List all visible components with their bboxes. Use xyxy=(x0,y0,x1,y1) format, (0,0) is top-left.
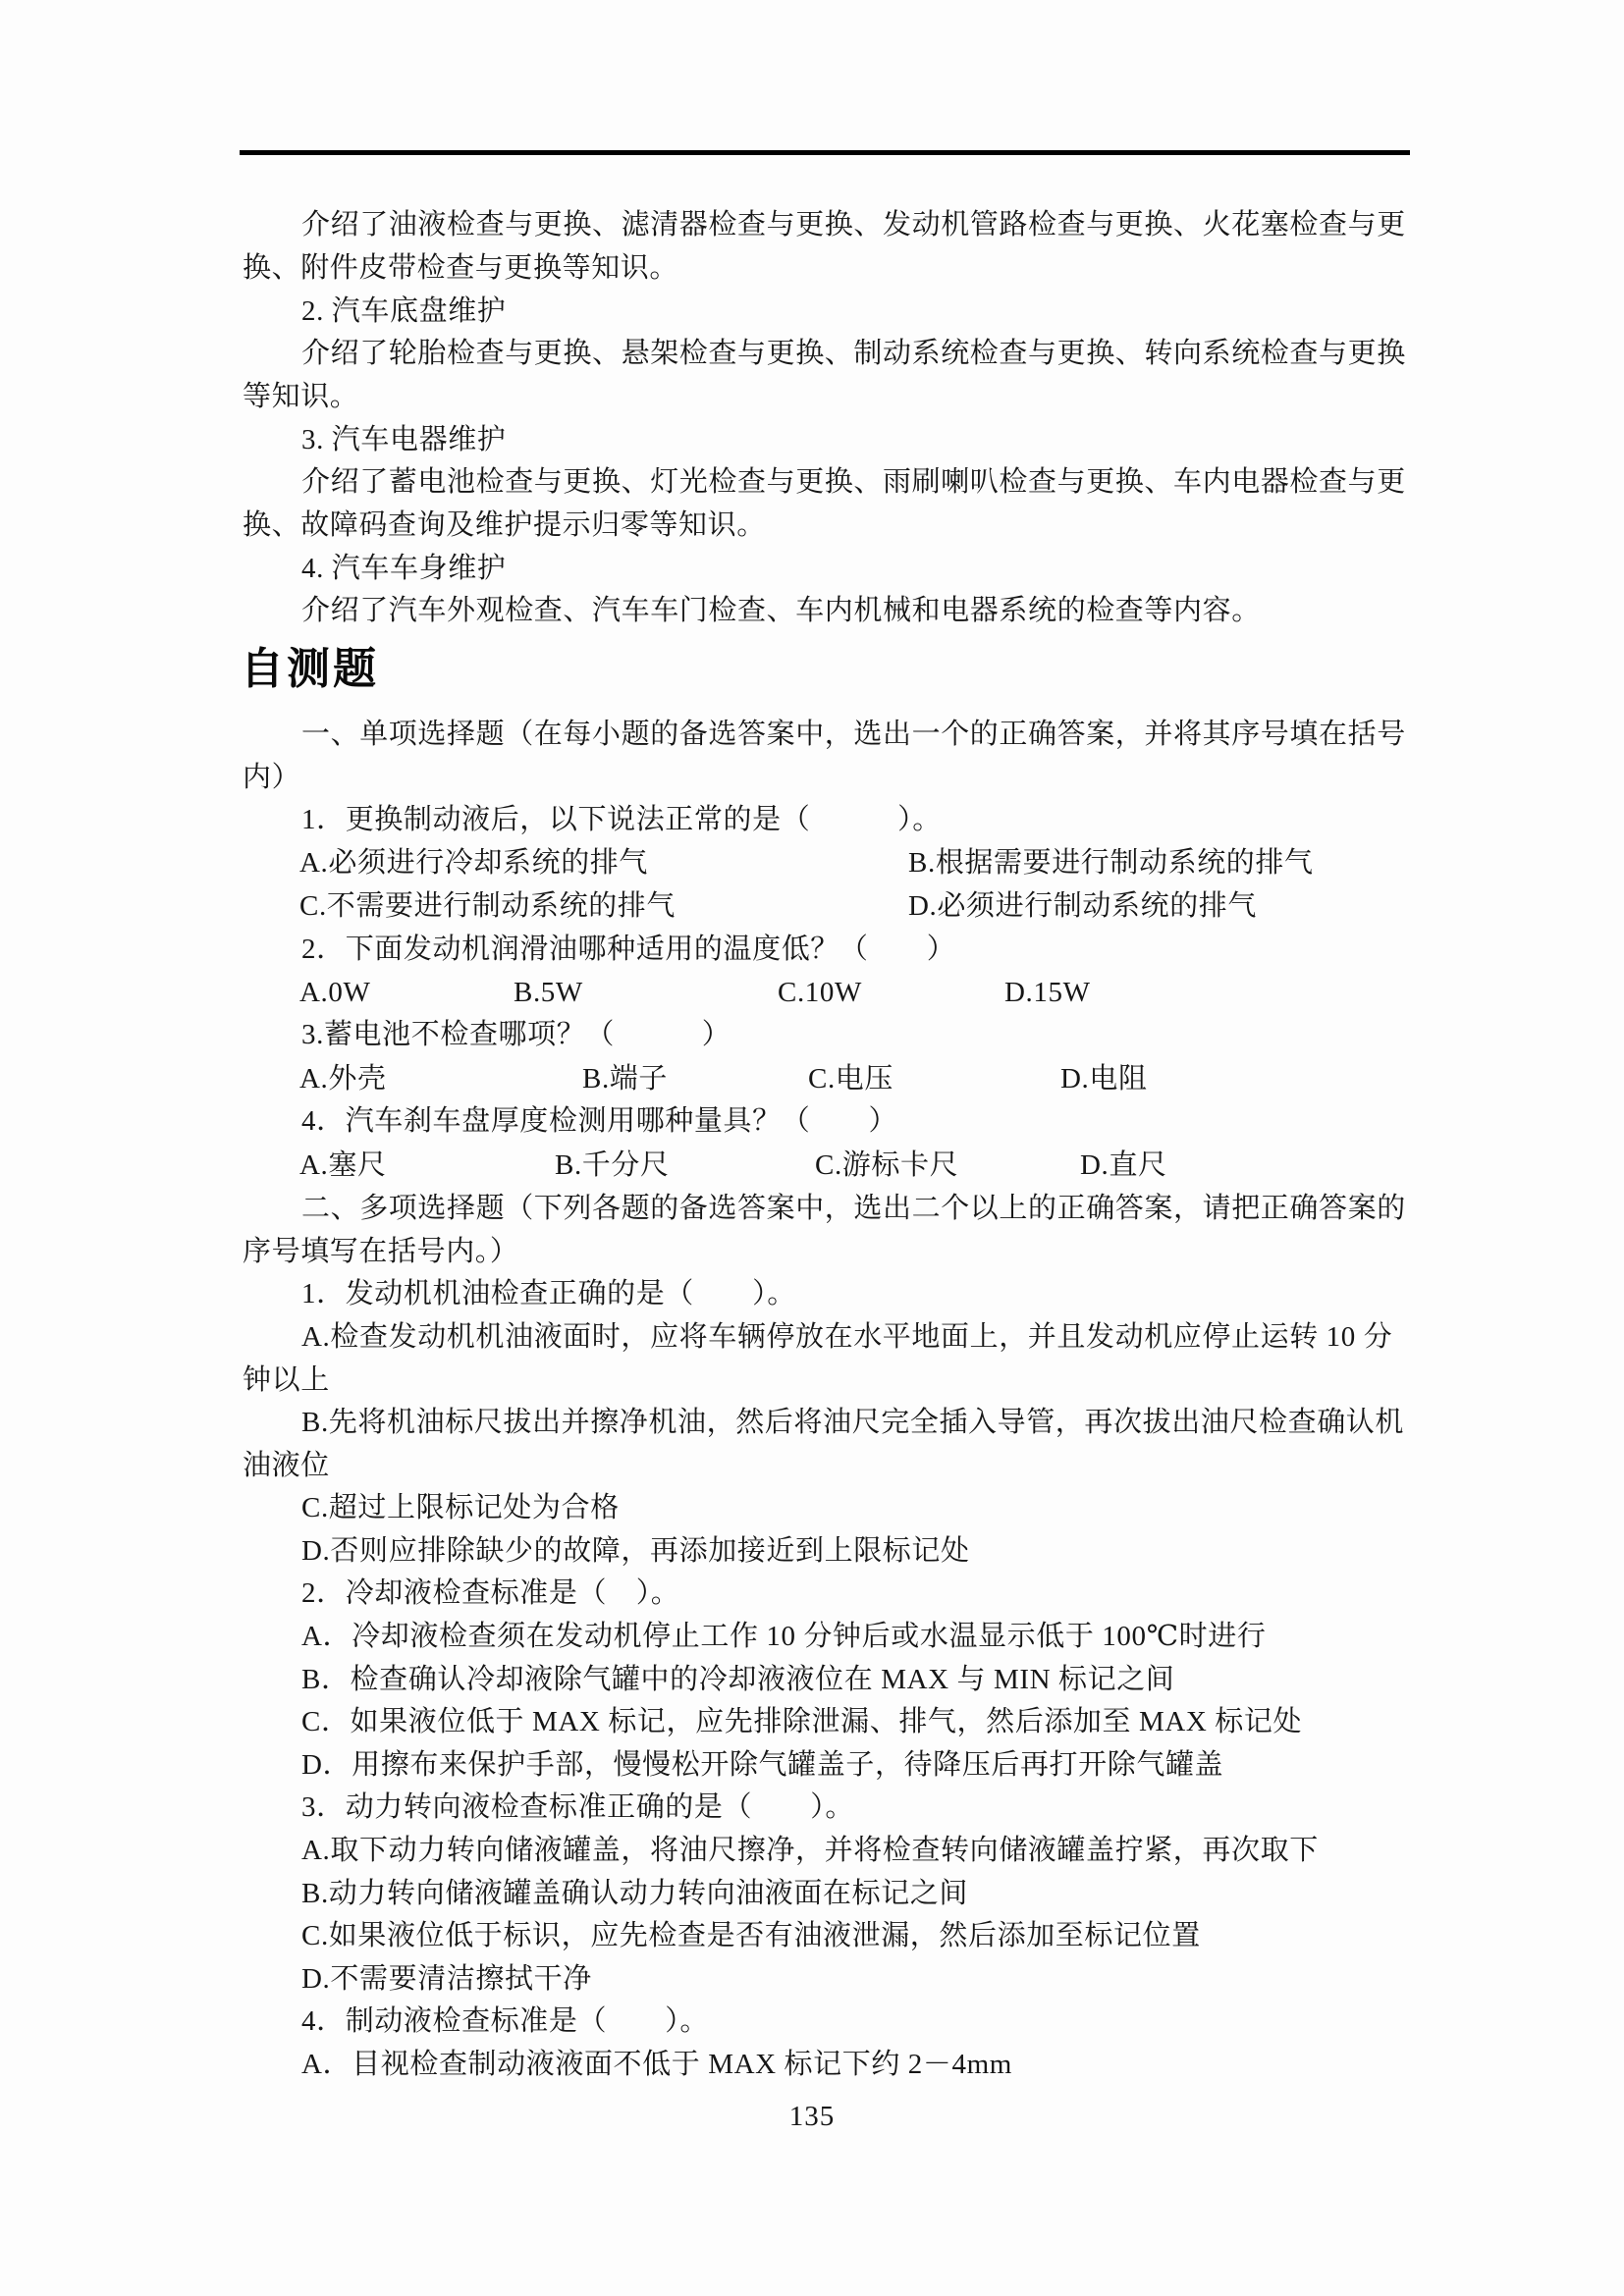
multi-q1-option-b: B.先将机油标尺拔出并擦净机油，然后将油尺完全插入导管，再次拔出油尺检查确认机 xyxy=(301,1402,1404,1444)
option-c: C.不需要进行制动系统的排气 xyxy=(299,885,676,928)
multi-q2-option-d: D．用擦布来保护手部，慢慢松开除气罐盖子，待降压后再打开除气罐盖 xyxy=(301,1744,1223,1787)
multi-q3-option-a: A.取下动力转向储液罐盖，将油尺擦净，并将检查转向储液罐盖拧紧，再次取下 xyxy=(301,1830,1319,1872)
option-d: D.必须进行制动系统的排气 xyxy=(908,885,1257,928)
section-title: 自测题 xyxy=(241,633,379,696)
option-a: A.0W xyxy=(299,972,370,1014)
intro-line: 介绍了油液检查与更换、滤清器检查与更换、发动机管路检查与更换、火花塞检查与更 xyxy=(301,204,1406,246)
option-d: D.直尺 xyxy=(1080,1145,1167,1187)
intro-line: 换、故障码查询及维护提示归零等知识。 xyxy=(243,505,766,547)
option-c: C.游标卡尺 xyxy=(815,1145,958,1187)
intro-subheading-electric: 3. 汽车电器维护 xyxy=(301,419,506,461)
page-number: 135 xyxy=(0,2101,1624,2133)
option-b: B.端子 xyxy=(582,1058,668,1100)
option-a: A.塞尺 xyxy=(299,1145,387,1187)
intro-line: 介绍了汽车外观检查、汽车车门检查、车内机械和电器系统的检查等内容。 xyxy=(301,590,1261,632)
single-q4-text: 4．汽车刹车盘厚度检测用哪种量具？（ ） xyxy=(301,1100,897,1143)
intro-line: 介绍了蓄电池检查与更换、灯光检查与更换、雨刷喇叭检查与更换、车内电器检查与更 xyxy=(301,461,1406,504)
multi-choice-instructions-wrap: 序号填写在括号内。） xyxy=(243,1231,519,1273)
multi-q4-option-a: A．目视检查制动液液面不低于 MAX 标记下约 2－4mm xyxy=(301,2044,1012,2086)
option-b: B.千分尺 xyxy=(555,1145,670,1187)
intro-line: 介绍了轮胎检查与更换、悬架检查与更换、制动系统检查与更换、转向系统检查与更换 xyxy=(301,333,1406,375)
multi-q1-option-a-wrap: 钟以上 xyxy=(243,1360,330,1402)
multi-q2-option-b: B．检查确认冷却液除气罐中的冷却液液位在 MAX 与 MIN 标记之间 xyxy=(301,1659,1174,1701)
option-b: B.根据需要进行制动系统的排气 xyxy=(908,842,1314,884)
multi-q4-text: 4．制动液检查标准是（ ）。 xyxy=(301,2001,709,2043)
multi-q2-option-a: A．冷却液检查须在发动机停止工作 10 分钟后或水温显示低于 100℃时进行 xyxy=(301,1616,1266,1658)
multi-q1-option-d: D.否则应排除缺少的故障，再添加接近到上限标记处 xyxy=(301,1530,970,1573)
document-page: 介绍了油液检查与更换、滤清器检查与更换、发动机管路检查与更换、火花塞检查与更 换… xyxy=(0,0,1624,2296)
option-b: B.5W xyxy=(514,972,583,1014)
intro-subheading-chassis: 2. 汽车底盘维护 xyxy=(301,291,506,333)
single-q3-text: 3.蓄电池不检查哪项？（ ） xyxy=(301,1014,731,1056)
multi-choice-instructions: 二、多项选择题（下列各题的备选答案中，选出二个以上的正确答案，请把正确答案的 xyxy=(301,1188,1406,1230)
option-a: A.必须进行冷却系统的排气 xyxy=(299,842,648,884)
multi-q3-option-c: C.如果液位低于标识，应先检查是否有油液泄漏，然后添加至标记位置 xyxy=(301,1915,1201,1957)
multi-q1-text: 1．发动机机油检查正确的是（ ）。 xyxy=(301,1273,796,1315)
single-choice-instructions: 一、单项选择题（在每小题的备选答案中，选出一个的正确答案，并将其序号填在括号 xyxy=(301,714,1406,756)
multi-q1-option-a: A.检查发动机机油液面时，应将车辆停放在水平地面上，并且发动机应停止运转 10 … xyxy=(301,1316,1392,1359)
single-q1-text: 1．更换制动液后，以下说法正常的是（ ）。 xyxy=(301,799,942,841)
intro-line: 换、附件皮带检查与更换等知识。 xyxy=(243,247,678,290)
intro-subheading-body: 4. 汽车车身维护 xyxy=(301,548,506,590)
multi-q3-option-b: B.动力转向储液罐盖确认动力转向油液面在标记之间 xyxy=(301,1873,968,1915)
multi-q2-option-c: C．如果液位低于 MAX 标记，应先排除泄漏、排气，然后添加至 MAX 标记处 xyxy=(301,1701,1302,1743)
multi-q1-option-c: C.超过上限标记处为合格 xyxy=(301,1487,620,1529)
option-c: C.10W xyxy=(778,972,862,1014)
option-d: D.15W xyxy=(1004,972,1091,1014)
multi-q3-option-d: D.不需要清洁擦拭干净 xyxy=(301,1958,592,2001)
single-choice-instructions-wrap: 内） xyxy=(243,757,300,799)
multi-q2-text: 2．冷却液检查标准是（ ）。 xyxy=(301,1573,679,1615)
multi-q3-text: 3．动力转向液检查标准正确的是（ ）。 xyxy=(301,1787,854,1829)
multi-q1-option-b-wrap: 油液位 xyxy=(243,1445,330,1487)
header-rule xyxy=(240,150,1410,155)
option-d: D.电阻 xyxy=(1060,1058,1148,1100)
option-c: C.电压 xyxy=(808,1058,893,1100)
option-a: A.外壳 xyxy=(299,1058,387,1100)
intro-line: 等知识。 xyxy=(243,376,358,418)
single-q2-text: 2．下面发动机润滑油哪种适用的温度低？（ ） xyxy=(301,929,955,971)
